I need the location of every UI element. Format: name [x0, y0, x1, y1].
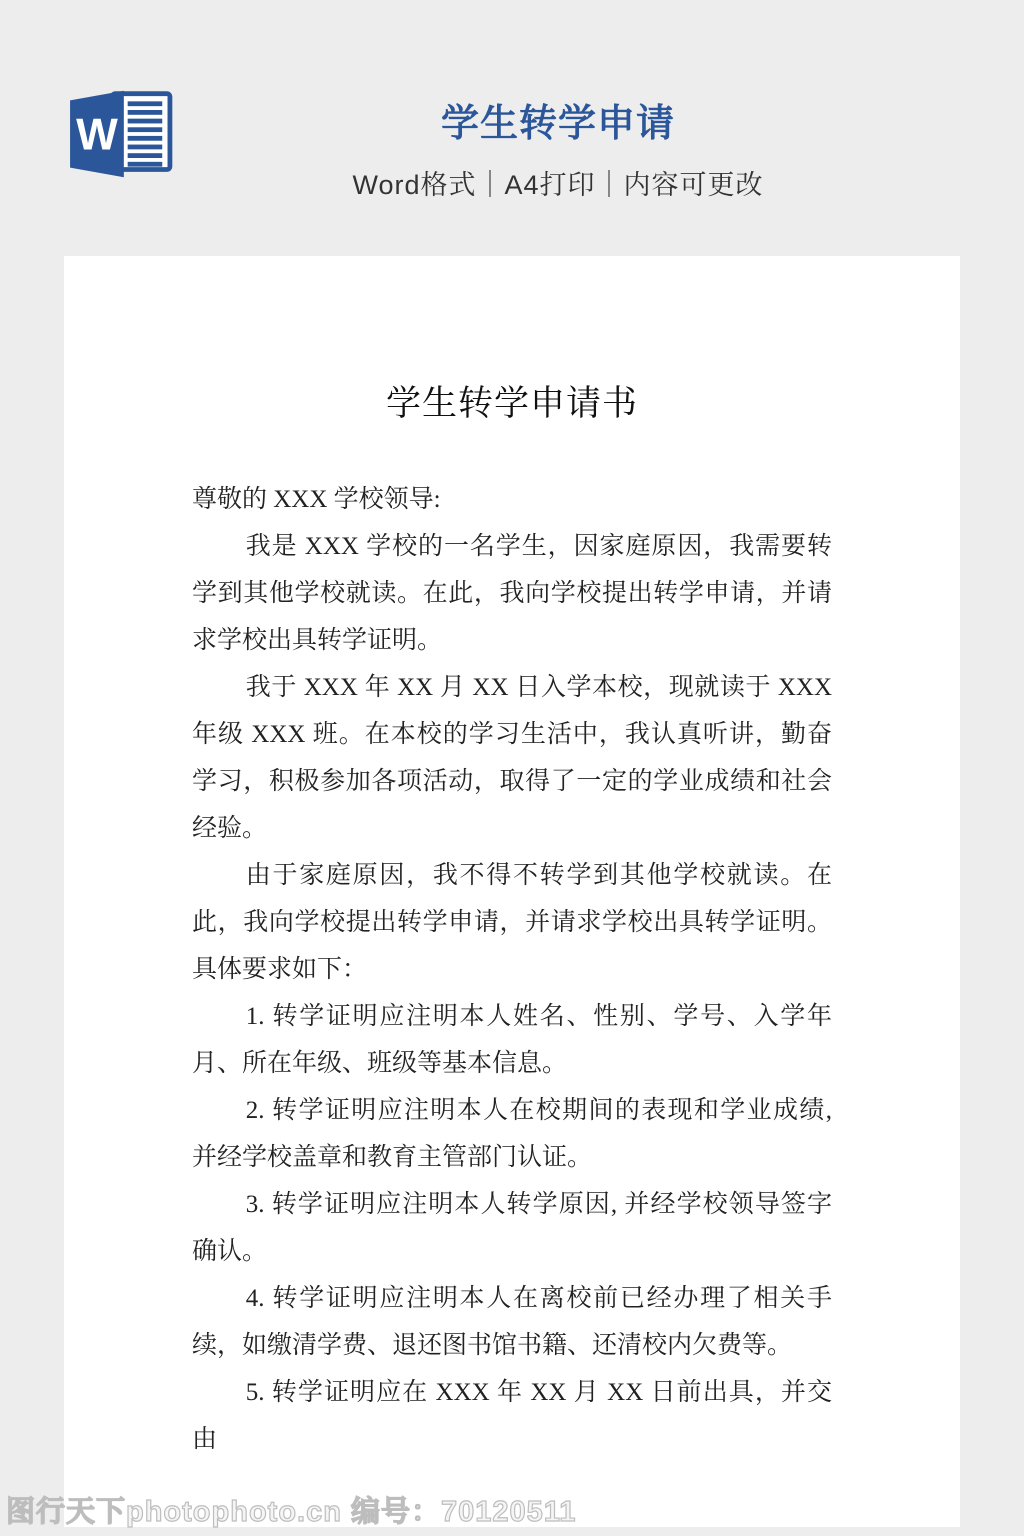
list-item-2: 2. 转学证明应注明本人在校期间的表现和学业成绩, 并经学校盖章和教育主管部门认… [192, 1087, 832, 1181]
word-icon-letter-w: W [76, 110, 118, 159]
template-preview-page: W 学生转学申请 Word格式｜A4打印｜内容可更改 学生转学申请书 尊敬的 X… [0, 0, 1024, 1536]
template-title: 学生转学申请 [352, 92, 763, 147]
document-title: 学生转学申请书 [192, 382, 832, 426]
paragraph: 我是 XXX 学校的一名学生，因家庭原因，我需要转学到其他学校就读。在此，我向学… [192, 523, 832, 664]
word-icon: W [62, 86, 178, 182]
list-item-1: 1. 转学证明应注明本人姓名、性别、学号、入学年月、所在年级、班级等基本信息。 [192, 993, 832, 1087]
paragraph-salutation: 尊敬的 XXX 学校领导: [192, 476, 832, 523]
template-subtitle: Word格式｜A4打印｜内容可更改 [352, 163, 763, 202]
list-item-3: 3. 转学证明应注明本人转学原因, 并经学校领导签字确认。 [192, 1181, 832, 1275]
list-item-4: 4. 转学证明应注明本人在离校前已经办理了相关手续，如缴清学费、退还图书馆书籍、… [192, 1275, 832, 1369]
paragraph: 由于家庭原因，我不得不转学到其他学校就读。在此，我向学校提出转学申请，并请求学校… [192, 852, 832, 993]
watermark: 图行天下photophoto.cn 编号：70120511 [6, 1489, 576, 1530]
header: 学生转学申请 Word格式｜A4打印｜内容可更改 [352, 92, 763, 202]
document-body: 尊敬的 XXX 学校领导: 我是 XXX 学校的一名学生，因家庭原因，我需要转学… [192, 476, 832, 1463]
document-page: 学生转学申请书 尊敬的 XXX 学校领导: 我是 XXX 学校的一名学生，因家庭… [64, 256, 960, 1527]
paragraph: 我于 XXX 年 XX 月 XX 日入学本校，现就读于 XXX 年级 XXX 班… [192, 664, 832, 852]
list-item-5: 5. 转学证明应在 XXX 年 XX 月 XX 日前出具，并交由 [192, 1369, 832, 1463]
